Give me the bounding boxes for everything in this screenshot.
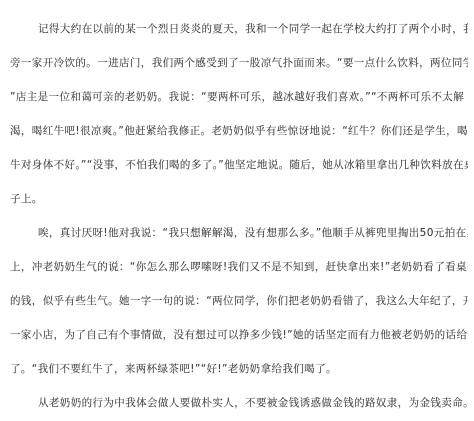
text-line: 了。“我们不要红牛了，来两杯绿茶吧!”“好!”老奶奶拿给我们喝了。: [10, 352, 468, 386]
paragraph-2: 唉，真讨厌呀!他对我说：“我只想解解渴，没有想那么多。”他顺手从裤兜里掏出50元…: [10, 216, 468, 386]
document-page: 记得大约在以前的某一个烈日炎炎的夏天，我和一个同学一起在学校大约打了两个小时，我…: [0, 0, 474, 421]
text-line: ”店主是一位和蔼可亲的老奶奶。我说：“要两杯可乐，越冰越好我们喜欢。”“不两杯可…: [10, 80, 468, 114]
document-content: 记得大约在以前的某一个烈日炎炎的夏天，我和一个同学一起在学校大约打了两个小时，我…: [10, 12, 468, 420]
paragraph-1: 记得大约在以前的某一个烈日炎炎的夏天，我和一个同学一起在学校大约打了两个小时，我…: [10, 12, 468, 216]
text-line: 记得大约在以前的某一个烈日炎炎的夏天，我和一个同学一起在学校大约打了两个小时，我…: [10, 12, 468, 46]
text-line: 的钱，似乎有些生气。她一字一句的说：“两位同学，你们把老奶奶看错了，我这么大年纪…: [10, 284, 468, 318]
text-line: 从老奶奶的行为中我体会做人要做朴实人，不要被金钱诱惑做金钱的路奴隶，为金钱卖命。: [10, 386, 468, 420]
text-line: 上，冲老奶奶生气的说：“你怎么那么啰嗦呀!我们又不是不知到，赶快拿出来!”老奶奶…: [10, 250, 468, 284]
text-line: 唉，真讨厌呀!他对我说：“我只想解解渴，没有想那么多。”他顺手从裤兜里掏出50元…: [10, 216, 468, 250]
text-line: 渴，喝红牛吧!很凉爽。”他赶紧给我修正。老奶奶似乎有些惊讶地说：“红牛？你们还是…: [10, 114, 468, 148]
paragraph-3: 从老奶奶的行为中我体会做人要做朴实人，不要被金钱诱惑做金钱的路奴隶，为金钱卖命。: [10, 386, 468, 420]
text-line: 牛对身体不好。”“没事，不怕我们喝的多了。”他坚定地说。随后，她从冰箱里拿出几种…: [10, 148, 468, 182]
text-line: 一家小店，为了自己有个事情做，没有想过可以挣多少钱!”她的话坚定而有力他被老奶奶…: [10, 318, 468, 352]
text-line: 子上。: [10, 182, 468, 216]
text-line: 旁一家开冷饮的。一进店门，我们两个感受到了一股凉气扑面而来。“要一点什么饮料，两…: [10, 46, 468, 80]
